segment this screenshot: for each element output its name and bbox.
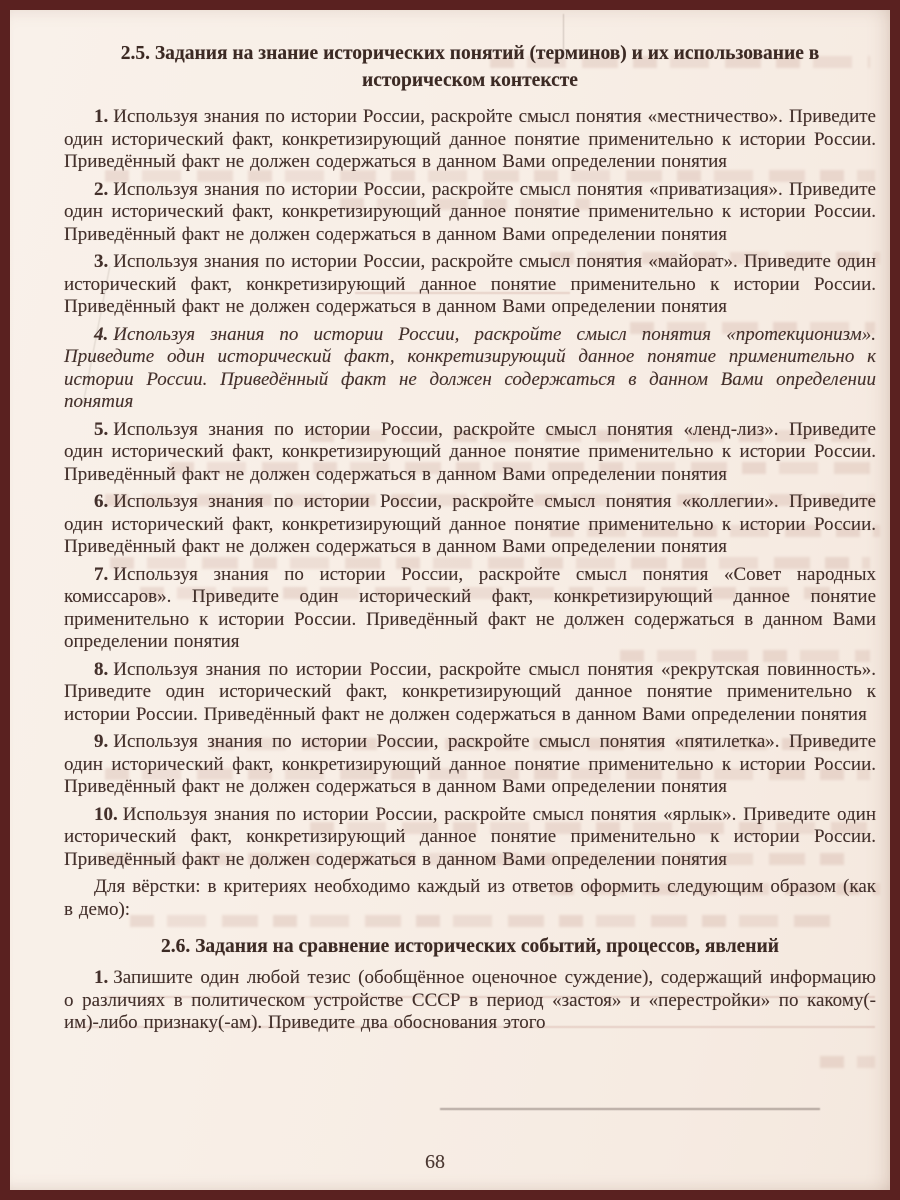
task-text: Запишите один любой тезис (обобщённое оц… xyxy=(64,967,876,1033)
task-item-5: 5.Используя знания по истории России, ра… xyxy=(64,419,876,487)
task-text: Используя знания по истории России, раск… xyxy=(64,804,876,870)
task-number: 6. xyxy=(94,491,108,512)
task-text: Используя знания по истории России, раск… xyxy=(64,179,876,245)
task-number: 7. xyxy=(94,564,108,585)
task-number: 10. xyxy=(94,804,118,825)
task-number: 5. xyxy=(94,419,108,440)
task-item-6: 6.Используя знания по истории России, ра… xyxy=(64,491,876,559)
section-2-6-heading: 2.6. Задания на сравнение исторических с… xyxy=(64,933,876,960)
task-item-10: 10.Используя знания по истории России, р… xyxy=(64,804,876,872)
task-number: 1. xyxy=(94,967,108,988)
task-text: Используя знания по истории России, раск… xyxy=(64,251,876,317)
page-content: 2.5. Задания на знание исторических поня… xyxy=(64,40,876,1040)
task-number: 2. xyxy=(94,179,108,200)
task-text: Используя знания по истории России, раск… xyxy=(64,419,876,485)
task-item-2-6-1: 1.Запишите один любой тезис (обобщённое … xyxy=(64,967,876,1035)
task-item-2: 2.Используя знания по истории России, ра… xyxy=(64,179,876,247)
bleed-through-artifact xyxy=(820,1056,875,1068)
task-number: 1. xyxy=(94,106,108,127)
task-text: Используя знания по истории России, раск… xyxy=(64,564,876,653)
page-number: 68 xyxy=(10,1151,860,1174)
task-text: Используя знания по истории России, раск… xyxy=(64,659,876,725)
task-item-3: 3.Используя знания по истории России, ра… xyxy=(64,251,876,319)
task-text: Используя знания по истории России, раск… xyxy=(64,731,876,797)
task-text: Используя знания по истории России, раск… xyxy=(64,324,876,413)
scanned-book-page-frame: 2.5. Задания на знание исторических поня… xyxy=(0,0,900,1200)
task-item-7: 7.Используя знания по истории России, ра… xyxy=(64,564,876,654)
book-page: 2.5. Задания на знание исторических поня… xyxy=(10,10,890,1190)
task-item-1: 1.Используя знания по истории России, ра… xyxy=(64,106,876,174)
task-number: 4. xyxy=(94,324,108,345)
pencil-underline xyxy=(440,1108,820,1110)
task-item-9: 9.Используя знания по истории России, ра… xyxy=(64,731,876,799)
task-text: Используя знания по истории России, раск… xyxy=(64,491,876,557)
task-item-8: 8.Используя знания по истории России, ра… xyxy=(64,659,876,727)
section-2-5-heading: 2.5. Задания на знание исторических поня… xyxy=(64,40,876,94)
layout-note: Для вёрстки: в критериях необходимо кажд… xyxy=(64,876,876,921)
task-item-4: 4.Используя знания по истории России, ра… xyxy=(64,324,876,414)
task-text: Используя знания по истории России, раск… xyxy=(64,106,876,172)
task-number: 3. xyxy=(94,251,108,272)
task-number: 9. xyxy=(94,731,108,752)
task-number: 8. xyxy=(94,659,108,680)
